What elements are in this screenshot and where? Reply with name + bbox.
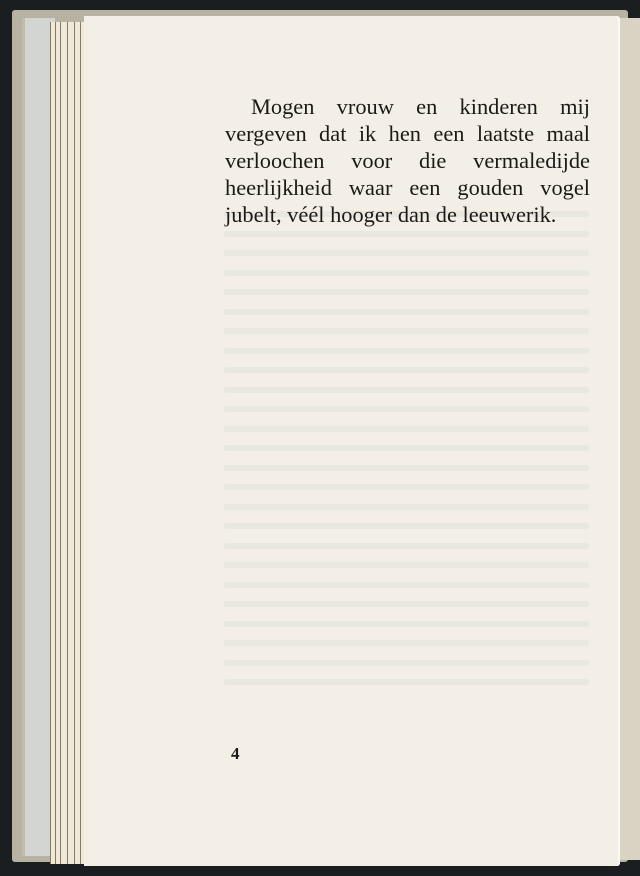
paragraph-text: Mogen vrouw en kinderen mij vergeven dat… — [225, 93, 590, 228]
show-through-text — [224, 211, 589, 721]
body-paragraph: Mogen vrouw en kinderen mij vergeven dat… — [225, 93, 590, 228]
cover-edge-right — [620, 18, 640, 860]
book-page: Mogen vrouw en kinderen mij vergeven dat… — [84, 16, 620, 866]
page-number: 4 — [231, 744, 240, 764]
book-scan: Mogen vrouw en kinderen mij vergeven dat… — [0, 0, 640, 876]
